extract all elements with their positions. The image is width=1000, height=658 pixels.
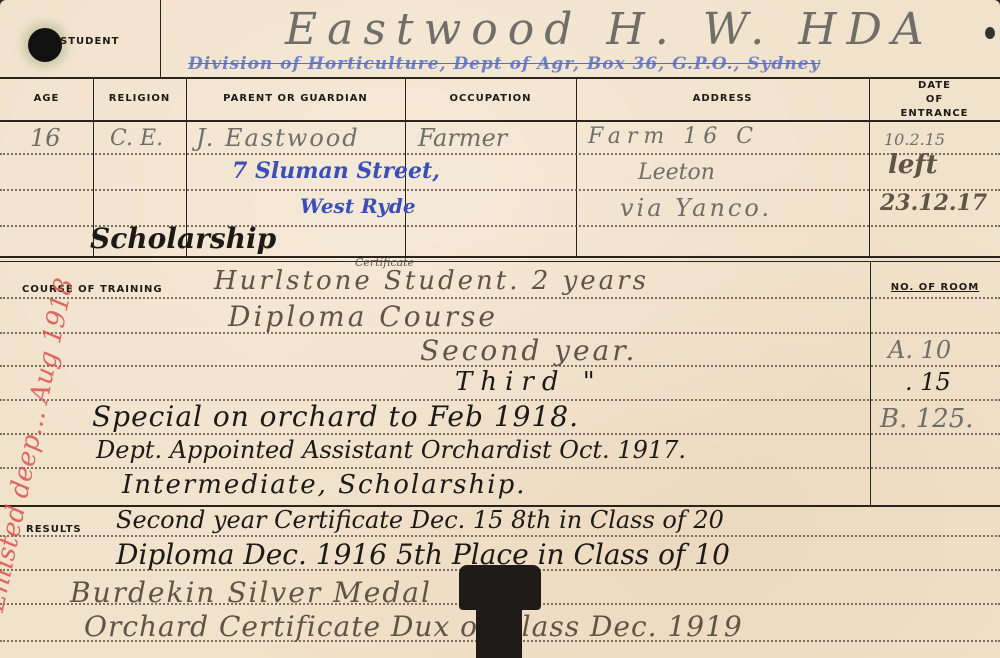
column-header-parent: PARENT OR GUARDIAN <box>186 93 405 104</box>
section-rule <box>0 261 1000 262</box>
course-line: Special on orchard to Feb 1918. <box>92 400 579 433</box>
course-line: Third " <box>455 367 603 397</box>
punch-hole-small <box>985 27 995 39</box>
room-value: A. 10 <box>888 336 951 364</box>
column-header-age: AGE <box>0 93 93 104</box>
student-name: Eastwood H. W. HDA <box>285 4 934 55</box>
address-line2: Leeton <box>638 160 715 185</box>
course-line: Hurlstone Student. 2 years <box>214 266 649 296</box>
header-divider <box>160 0 161 78</box>
column-header-occupation: OCCUPATION <box>405 93 576 104</box>
age-value: 16 <box>30 124 61 152</box>
date-entrance-value: 10.2.15 <box>884 130 945 149</box>
result-line: Orchard Certificate Dux of Class Dec. 19… <box>84 610 743 643</box>
dotted-rule <box>0 189 1000 191</box>
column-header-date-of-entrance: DATE OF ENTRANCE <box>869 79 1000 121</box>
scholarship-note: Scholarship <box>90 222 276 255</box>
rule-line <box>0 120 1000 122</box>
date-label-line: ENTRANCE <box>869 107 1000 121</box>
dotted-rule <box>0 153 1000 155</box>
address-line1: Farm 16 C <box>588 124 759 149</box>
column-header-address: ADDRESS <box>576 93 869 104</box>
student-label: STUDENT <box>60 36 119 47</box>
column-header-religion: RELIGION <box>93 93 186 104</box>
room-value: B. 125. <box>880 404 974 434</box>
course-line: Diploma Course <box>228 300 498 333</box>
date-label-line: OF <box>869 93 1000 107</box>
result-line: Burdekin Silver Medal <box>70 576 432 609</box>
left-label: left <box>888 150 938 180</box>
date-label-line: DATE <box>869 79 1000 93</box>
religion-value: C. E. <box>110 126 163 151</box>
room-number-label: NO. OF ROOM <box>880 282 990 293</box>
course-line: Dept. Appointed Assistant Orchardist Oct… <box>96 436 686 464</box>
student-record-card: STUDENT Eastwood H. W. HDA Division of H… <box>0 0 1000 658</box>
dotted-rule <box>0 467 1000 469</box>
occupation-value: Farmer <box>418 124 507 152</box>
struck-address: Division of Horticulture, Dept of Agr, B… <box>188 54 820 74</box>
dotted-rule <box>0 297 1000 299</box>
date-left-value: 23.12.17 <box>880 190 987 216</box>
course-line: Intermediate, Scholarship. <box>122 470 526 500</box>
parent-value: J. Eastwood <box>196 124 360 152</box>
punch-hole <box>28 28 62 62</box>
red-margin-note: Enlisted deep... Aug 1918 <box>0 276 80 615</box>
course-of-training-label: COURSE OF TRAINING <box>22 284 163 295</box>
dotted-rule <box>0 433 1000 435</box>
section-rule <box>0 256 1000 258</box>
column-divider <box>576 78 577 256</box>
room-value: . 15 <box>905 368 951 396</box>
result-line: Second year Certificate Dec. 15 8th in C… <box>116 506 724 534</box>
result-line: Diploma Dec. 1916 5th Place in Class of … <box>116 538 730 571</box>
results-label: RESULTS <box>26 524 82 535</box>
rule-line <box>0 77 1000 79</box>
dotted-rule <box>0 535 1000 537</box>
index-tab-cutout-stem <box>476 600 522 658</box>
new-address-line2: West Ryde <box>300 194 416 218</box>
course-line: Second year. <box>420 334 637 367</box>
address-line3: via Yanco. <box>620 194 772 222</box>
new-address-line1: 7 Sluman Street, <box>232 158 440 184</box>
